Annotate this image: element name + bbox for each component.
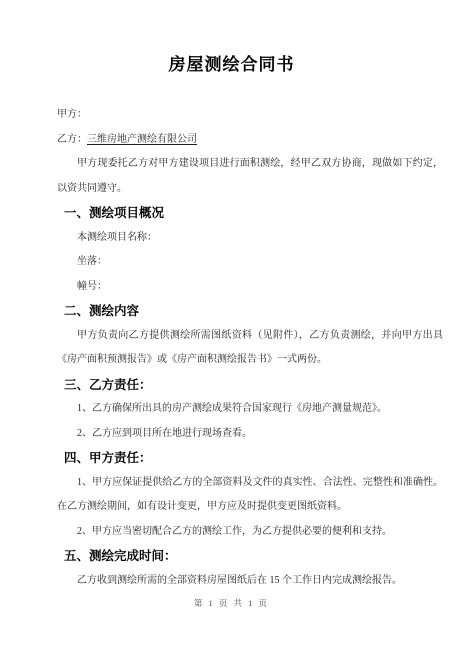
section-4-item-2: 2、甲方应当密切配合乙方的测绘工作，为乙方提供必要的便利和支持。 <box>57 520 443 545</box>
section-3-heading: 三、乙方责任： <box>57 373 443 398</box>
section-1-item-location: 坐落： <box>57 250 443 275</box>
section-5-paragraph: 乙方收到测绘所需的全部资料房屋图纸后在 15 个工作日内完成测绘报告。 <box>57 569 443 594</box>
party-a-line: 甲方： <box>57 103 443 128</box>
section-1-item-project-name: 本测绘项目名称： <box>57 226 443 251</box>
section-3-item-1: 1、乙方确保所出具的房产测绘成果符合国家现行《房地产测量规范》。 <box>57 397 443 422</box>
section-4-heading: 四、甲方责任： <box>57 446 443 471</box>
section-4-item-1: 1、甲方应保证提供给乙方的全部资料及文件的真实性、合法性、完整性和准确性。在乙方… <box>57 471 443 520</box>
page-number-footer: 第 1 页 共 1 页 <box>0 596 463 610</box>
party-b-line: 乙方：三维房地产测绘有限公司 <box>57 128 443 153</box>
party-b-company-name: 三维房地产测绘有限公司 <box>87 134 197 145</box>
document-body: 甲方： 乙方：三维房地产测绘有限公司 甲方现委托乙方对甲方建设项目进行面积测绘，… <box>57 103 443 593</box>
intro-paragraph: 甲方现委托乙方对甲方建设项目进行面积测绘，经甲乙双方协商，现做如下约定，以资共同… <box>57 152 443 201</box>
party-a-label: 甲方： <box>57 109 87 120</box>
section-2-paragraph: 甲方负责向乙方提供测绘所需图纸资料（见附件），乙方负责测绘，并向甲方出具《房产面… <box>57 324 443 373</box>
document-title: 房屋测绘合同书 <box>0 54 463 76</box>
contract-document-page: 房屋测绘合同书 甲方： 乙方：三维房地产测绘有限公司 甲方现委托乙方对甲方建设项… <box>0 0 463 655</box>
party-b-label: 乙方： <box>57 134 87 145</box>
section-3-item-2: 2、乙方应到项目所在地进行现场查看。 <box>57 422 443 447</box>
section-1-heading: 一、测绘项目概况 <box>57 201 443 226</box>
section-5-heading: 五、测绘完成时间： <box>57 544 443 569</box>
section-2-heading: 二、测绘内容 <box>57 299 443 324</box>
section-1-item-building-number: 幢号： <box>57 275 443 300</box>
